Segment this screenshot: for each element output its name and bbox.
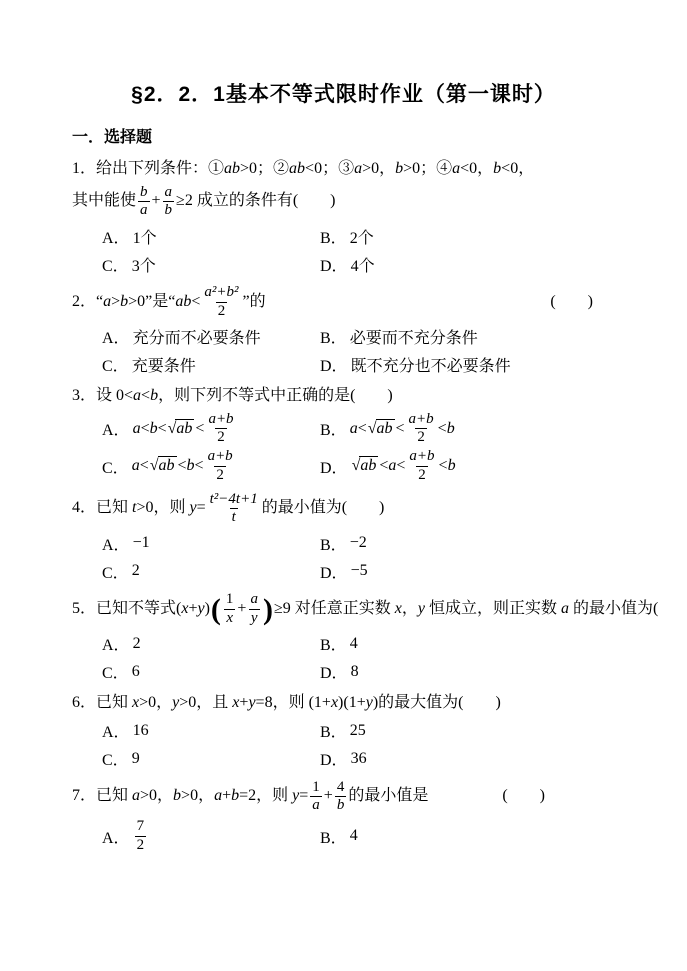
option-label: A． xyxy=(102,825,130,848)
fraction: ay xyxy=(248,591,260,627)
option-B: B．a<√ab<a+b2<b xyxy=(320,410,456,448)
fraction: t²−4t+1t xyxy=(208,491,260,527)
big-paren: ( xyxy=(211,597,221,623)
text-run: >0，则 xyxy=(136,497,189,519)
text-run: 2．“ xyxy=(72,291,103,313)
option-label: B． xyxy=(320,417,347,440)
fraction-denominator: a xyxy=(310,796,322,814)
sqrt-radical: √ab xyxy=(150,456,177,475)
math-variable: a xyxy=(132,457,140,475)
text-run: < xyxy=(195,457,204,475)
math-variable: y xyxy=(292,785,299,807)
text-run: 充要条件 xyxy=(132,353,196,376)
options-grid: A．72B．4 xyxy=(72,817,615,855)
math-variable: x xyxy=(395,598,402,620)
option-label: B． xyxy=(320,632,347,655)
text-run: 的最小值为( ) xyxy=(569,598,687,620)
option-A: A．1个 xyxy=(102,222,320,250)
fraction: 1a xyxy=(310,779,322,815)
text-run: + xyxy=(324,785,333,807)
math-variable: ab xyxy=(224,158,240,180)
option-B: B．25 xyxy=(320,717,367,745)
text-run: 既不充分也不必要条件 xyxy=(351,353,511,376)
fraction-numerator: a xyxy=(248,591,260,608)
text-run: 2个 xyxy=(350,225,374,248)
fraction-denominator: t xyxy=(230,508,238,526)
option-C: C．3个 xyxy=(102,250,320,278)
text-run: < xyxy=(396,457,405,475)
fraction: a+b2 xyxy=(206,448,235,484)
option-D: D．36 xyxy=(320,745,367,773)
text-run: 4个 xyxy=(351,253,375,276)
fraction: 72 xyxy=(135,818,147,854)
fraction-numerator: a+b xyxy=(407,411,436,428)
question-line: 其中能使ba+ab≥2 成立的条件有( ) xyxy=(72,183,615,221)
text-run: 2 xyxy=(133,635,141,653)
text-run: 9 xyxy=(132,750,140,768)
math-variable: b xyxy=(173,785,181,807)
option-A: A．16 xyxy=(102,717,320,745)
option-label: A． xyxy=(102,532,130,555)
fraction-denominator: b xyxy=(335,796,347,814)
question-4: 4．已知 t>0，则 y=t²−4t+1t的最小值为( )A．−1B．−2C．2… xyxy=(72,490,615,586)
text-run: < xyxy=(195,420,204,438)
text-run: >0， xyxy=(362,158,395,180)
math-variable: y xyxy=(418,598,425,620)
text-run: 恒成立，则正实数 xyxy=(425,598,561,620)
text-run: >0；② xyxy=(240,158,289,180)
text-run: < xyxy=(158,420,167,438)
option-C: C．a<√ab<b<a+b2 xyxy=(102,447,320,485)
option-label: A． xyxy=(102,325,130,348)
text-run: <0， xyxy=(460,158,493,180)
math-variable: a xyxy=(452,158,460,180)
text-run: 8 xyxy=(351,663,359,681)
text-run: < xyxy=(141,420,150,438)
text-run: < xyxy=(439,457,448,475)
option-label: C． xyxy=(102,560,129,583)
math-variable: a xyxy=(214,785,222,807)
text-run: < xyxy=(191,291,200,313)
options-grid: A．a<b<√ab<a+b2B．a<√ab<a+b2<bC．a<√ab<b<a+… xyxy=(72,410,615,485)
text-run: 25 xyxy=(350,722,366,740)
fraction: a+b2 xyxy=(407,448,436,484)
option-A: A．−1 xyxy=(102,529,320,557)
text-run: −2 xyxy=(350,534,367,552)
fraction-numerator: 4 xyxy=(335,779,347,796)
math-variable: a xyxy=(561,598,569,620)
math-variable: a xyxy=(350,420,358,438)
question-1: 1．给出下列条件：①ab>0；②ab<0；③a>0，b>0；④a<0，b<0，其… xyxy=(72,157,615,279)
options-grid: A．1个B．2个C．3个D．4个 xyxy=(72,222,615,278)
question-line: 4．已知 t>0，则 y=t²−4t+1t的最小值为( ) xyxy=(72,490,615,528)
question-line: 5．已知不等式(x+y)(1x+ay)≥9 对任意正实数 x，y 恒成立，则正实… xyxy=(72,590,615,628)
fraction-denominator: 2 xyxy=(215,428,227,446)
text-run: 的最小值是 xyxy=(348,785,428,807)
option-B: B．2个 xyxy=(320,222,375,250)
text-run: >0， xyxy=(139,692,172,714)
text-run: + xyxy=(237,598,246,620)
text-run: >0；④ xyxy=(403,158,452,180)
big-paren: ) xyxy=(263,597,273,623)
option-D: D．√ab<a<a+b2<b xyxy=(320,447,456,485)
fraction-denominator: 2 xyxy=(416,466,428,484)
fraction-denominator: 2 xyxy=(135,836,147,854)
text-run: 必要而不充分条件 xyxy=(350,325,478,348)
sqrt-radical: √ab xyxy=(168,419,195,438)
math-variable: x xyxy=(181,598,188,620)
text-run: + xyxy=(222,785,231,807)
text-run: >0，且 xyxy=(179,692,232,714)
math-variable: ab xyxy=(289,158,305,180)
radicand: ab xyxy=(376,419,395,438)
math-variable: a xyxy=(132,785,140,807)
question-3: 3．设 0<a<b，则下列不等式中正确的是( )A．a<b<√ab<a+b2B．… xyxy=(72,384,615,485)
option-label: D． xyxy=(320,455,348,478)
option-A: A．2 xyxy=(102,630,320,658)
option-label: B． xyxy=(320,325,347,348)
option-label: B． xyxy=(320,719,347,742)
option-label: C． xyxy=(102,660,129,683)
math-variable: x xyxy=(132,692,139,714)
option-label: A． xyxy=(102,417,130,440)
fraction-numerator: a xyxy=(163,184,175,201)
text-run: + xyxy=(152,190,161,212)
question-5: 5．已知不等式(x+y)(1x+ay)≥9 对任意正实数 x，y 恒成立，则正实… xyxy=(72,590,615,686)
radicand: ab xyxy=(175,419,194,438)
text-run: >0”是“ xyxy=(128,291,175,313)
text-run: > xyxy=(111,291,120,313)
fraction: ba xyxy=(138,184,150,220)
text-run: 16 xyxy=(133,722,149,740)
text-run: = xyxy=(197,497,206,519)
question-line: 2．“a>b>0”是“ab<a²+b²2”的( ) xyxy=(72,283,615,321)
text-run: 5．已知不等式( xyxy=(72,598,181,620)
text-run: ， xyxy=(402,598,418,620)
text-run: < xyxy=(140,457,149,475)
text-run: >0， xyxy=(181,785,214,807)
text-run: ，则下列不等式中正确的是( ) xyxy=(158,385,393,407)
math-variable: y xyxy=(190,497,197,519)
text-run: )(1+ xyxy=(338,692,366,714)
fraction-numerator: 1 xyxy=(224,591,236,608)
fraction-numerator: a+b xyxy=(407,448,436,465)
option-label: A． xyxy=(102,719,130,742)
text-run: 其中能使 xyxy=(72,190,136,212)
math-variable: a xyxy=(354,158,362,180)
text-run: 3个 xyxy=(132,253,156,276)
math-variable: a xyxy=(388,457,396,475)
question-line: 3．设 0<a<b，则下列不等式中正确的是( ) xyxy=(72,384,615,408)
math-variable: a xyxy=(133,385,141,407)
worksheet-page: §2．2．1基本不等式限时作业（第一课时） 一．选择题 1．给出下列条件：①ab… xyxy=(0,0,687,855)
fraction-denominator: 2 xyxy=(216,302,228,320)
radicand: ab xyxy=(359,456,378,475)
text-run: < xyxy=(141,385,150,407)
option-D: D．既不充分也不必要条件 xyxy=(320,351,511,379)
option-D: D．4个 xyxy=(320,250,375,278)
fraction-denominator: 2 xyxy=(214,466,226,484)
text-run: < xyxy=(396,420,405,438)
fraction-denominator: y xyxy=(249,609,260,627)
text-run: 4 xyxy=(350,827,358,845)
option-A: A．a<b<√ab<a+b2 xyxy=(102,410,320,448)
option-label: C． xyxy=(102,253,129,276)
question-6: 6．已知 x>0，y>0，且 x+y=8，则 (1+x)(1+y)的最大值为( … xyxy=(72,691,615,773)
option-label: C． xyxy=(102,747,129,770)
option-label: A． xyxy=(102,225,130,248)
math-variable: b xyxy=(231,785,239,807)
fraction-denominator: x xyxy=(224,609,235,627)
fraction: a+b2 xyxy=(407,411,436,447)
text-run: < xyxy=(438,420,447,438)
math-variable: x xyxy=(232,692,239,714)
answer-blank: ( ) xyxy=(550,291,593,313)
option-A: A．充分而不必要条件 xyxy=(102,323,320,351)
text-run: <0， xyxy=(501,158,534,180)
option-label: B． xyxy=(320,825,347,848)
text-run: < xyxy=(178,457,187,475)
fraction-numerator: a+b xyxy=(206,411,235,428)
math-variable: y xyxy=(366,692,373,714)
option-B: B．−2 xyxy=(320,529,368,557)
text-run: = xyxy=(299,785,308,807)
option-C: C．9 xyxy=(102,745,320,773)
text-run: 6 xyxy=(132,663,140,681)
option-B: B．4 xyxy=(320,817,358,855)
math-variable: y xyxy=(248,692,255,714)
math-variable: b xyxy=(187,457,195,475)
math-variable: b xyxy=(120,291,128,313)
option-label: A． xyxy=(102,632,130,655)
radicand: ab xyxy=(158,456,177,475)
fraction-numerator: b xyxy=(138,184,150,201)
text-run: <0；③ xyxy=(305,158,354,180)
option-D: D．−5 xyxy=(320,557,368,585)
text-run: ≥9 对任意正实数 xyxy=(274,598,395,620)
math-variable: b xyxy=(150,385,158,407)
fraction: a²+b²2 xyxy=(202,284,240,320)
math-variable: y xyxy=(197,598,204,620)
math-variable: b xyxy=(448,457,456,475)
option-A: A．72 xyxy=(102,817,320,855)
fraction-numerator: a+b xyxy=(206,448,235,465)
question-line: 1．给出下列条件：①ab>0；②ab<0；③a>0，b>0；④a<0，b<0， xyxy=(72,157,615,181)
sqrt-radical: √ab xyxy=(368,419,395,438)
text-run: 的最小值为( ) xyxy=(262,497,385,519)
math-variable: b xyxy=(447,420,455,438)
text-run: =8，则 (1+ xyxy=(256,692,331,714)
text-run: 6．已知 xyxy=(72,692,132,714)
option-B: B．必要而不充分条件 xyxy=(320,323,511,351)
option-C: C．充要条件 xyxy=(102,351,320,379)
math-variable: b xyxy=(493,158,501,180)
options-grid: A．充分而不必要条件B．必要而不充分条件C．充要条件D．既不充分也不必要条件 xyxy=(72,323,615,379)
fraction-denominator: b xyxy=(163,201,175,219)
text-run: 1个 xyxy=(133,225,157,248)
math-variable: x xyxy=(331,692,338,714)
text-run: 36 xyxy=(351,750,367,768)
answer-blank: ( ) xyxy=(502,785,545,807)
math-variable: b xyxy=(150,420,158,438)
option-label: B． xyxy=(320,532,347,555)
option-C: C．6 xyxy=(102,658,320,686)
option-C: C．2 xyxy=(102,557,320,585)
fraction-numerator: 1 xyxy=(310,779,322,796)
page-title: §2．2．1基本不等式限时作业（第一课时） xyxy=(72,80,615,109)
option-label: C． xyxy=(102,455,129,478)
option-B: B．4 xyxy=(320,630,359,658)
fraction-numerator: t²−4t+1 xyxy=(208,491,260,508)
questions-list: 1．给出下列条件：①ab>0；②ab<0；③a>0，b>0；④a<0，b<0，其… xyxy=(72,157,615,855)
option-label: B． xyxy=(320,225,347,248)
text-run: 1．给出下列条件：① xyxy=(72,158,224,180)
math-variable: ab xyxy=(175,291,191,313)
option-label: D． xyxy=(320,560,348,583)
text-run: < xyxy=(379,457,388,475)
option-label: D． xyxy=(320,660,348,683)
text-run: 4．已知 xyxy=(72,497,132,519)
fraction: 1x xyxy=(224,591,236,627)
option-label: C． xyxy=(102,353,129,376)
text-run: 3．设 0< xyxy=(72,385,133,407)
fraction-denominator: 2 xyxy=(415,428,427,446)
option-label: D． xyxy=(320,747,348,770)
options-grid: A．−1B．−2C．2D．−5 xyxy=(72,529,615,585)
section-heading: 一．选择题 xyxy=(72,127,615,149)
text-run: 充分而不必要条件 xyxy=(133,325,261,348)
math-variable: a xyxy=(133,420,141,438)
fraction: a+b2 xyxy=(206,411,235,447)
fraction-numerator: 7 xyxy=(135,818,147,835)
text-run: 4 xyxy=(350,635,358,653)
option-label: D． xyxy=(320,253,348,276)
text-run: ≥2 成立的条件有( ) xyxy=(176,190,335,212)
math-variable: b xyxy=(395,158,403,180)
question-line: 7．已知 a>0，b>0，a+b=2，则 y=1a+4b的最小值是( ) xyxy=(72,778,615,816)
fraction-numerator: a²+b² xyxy=(202,284,240,301)
text-run: < xyxy=(358,420,367,438)
option-D: D．8 xyxy=(320,658,359,686)
text-run: =2，则 xyxy=(239,785,292,807)
text-run: ”的 xyxy=(243,291,266,313)
text-run: >0， xyxy=(140,785,173,807)
question-2: 2．“a>b>0”是“ab<a²+b²2”的( )A．充分而不必要条件B．必要而… xyxy=(72,283,615,379)
fraction: 4b xyxy=(335,779,347,815)
question-line: 6．已知 x>0，y>0，且 x+y=8，则 (1+x)(1+y)的最大值为( … xyxy=(72,691,615,715)
text-run: )的最大值为( ) xyxy=(373,692,501,714)
sqrt-radical: √ab xyxy=(352,456,379,475)
fraction-denominator: a xyxy=(138,201,150,219)
math-variable: y xyxy=(172,692,179,714)
text-run: −5 xyxy=(351,562,368,580)
question-7: 7．已知 a>0，b>0，a+b=2，则 y=1a+4b的最小值是( )A．72… xyxy=(72,778,615,855)
options-grid: A．16B．25C．9D．36 xyxy=(72,717,615,773)
options-grid: A．2B．4C．6D．8 xyxy=(72,630,615,686)
text-run: ) xyxy=(205,598,210,620)
text-run: −1 xyxy=(133,534,150,552)
fraction: ab xyxy=(163,184,175,220)
math-variable: a xyxy=(103,291,111,313)
option-label: D． xyxy=(320,353,348,376)
text-run: 7．已知 xyxy=(72,785,132,807)
text-run: 2 xyxy=(132,562,140,580)
